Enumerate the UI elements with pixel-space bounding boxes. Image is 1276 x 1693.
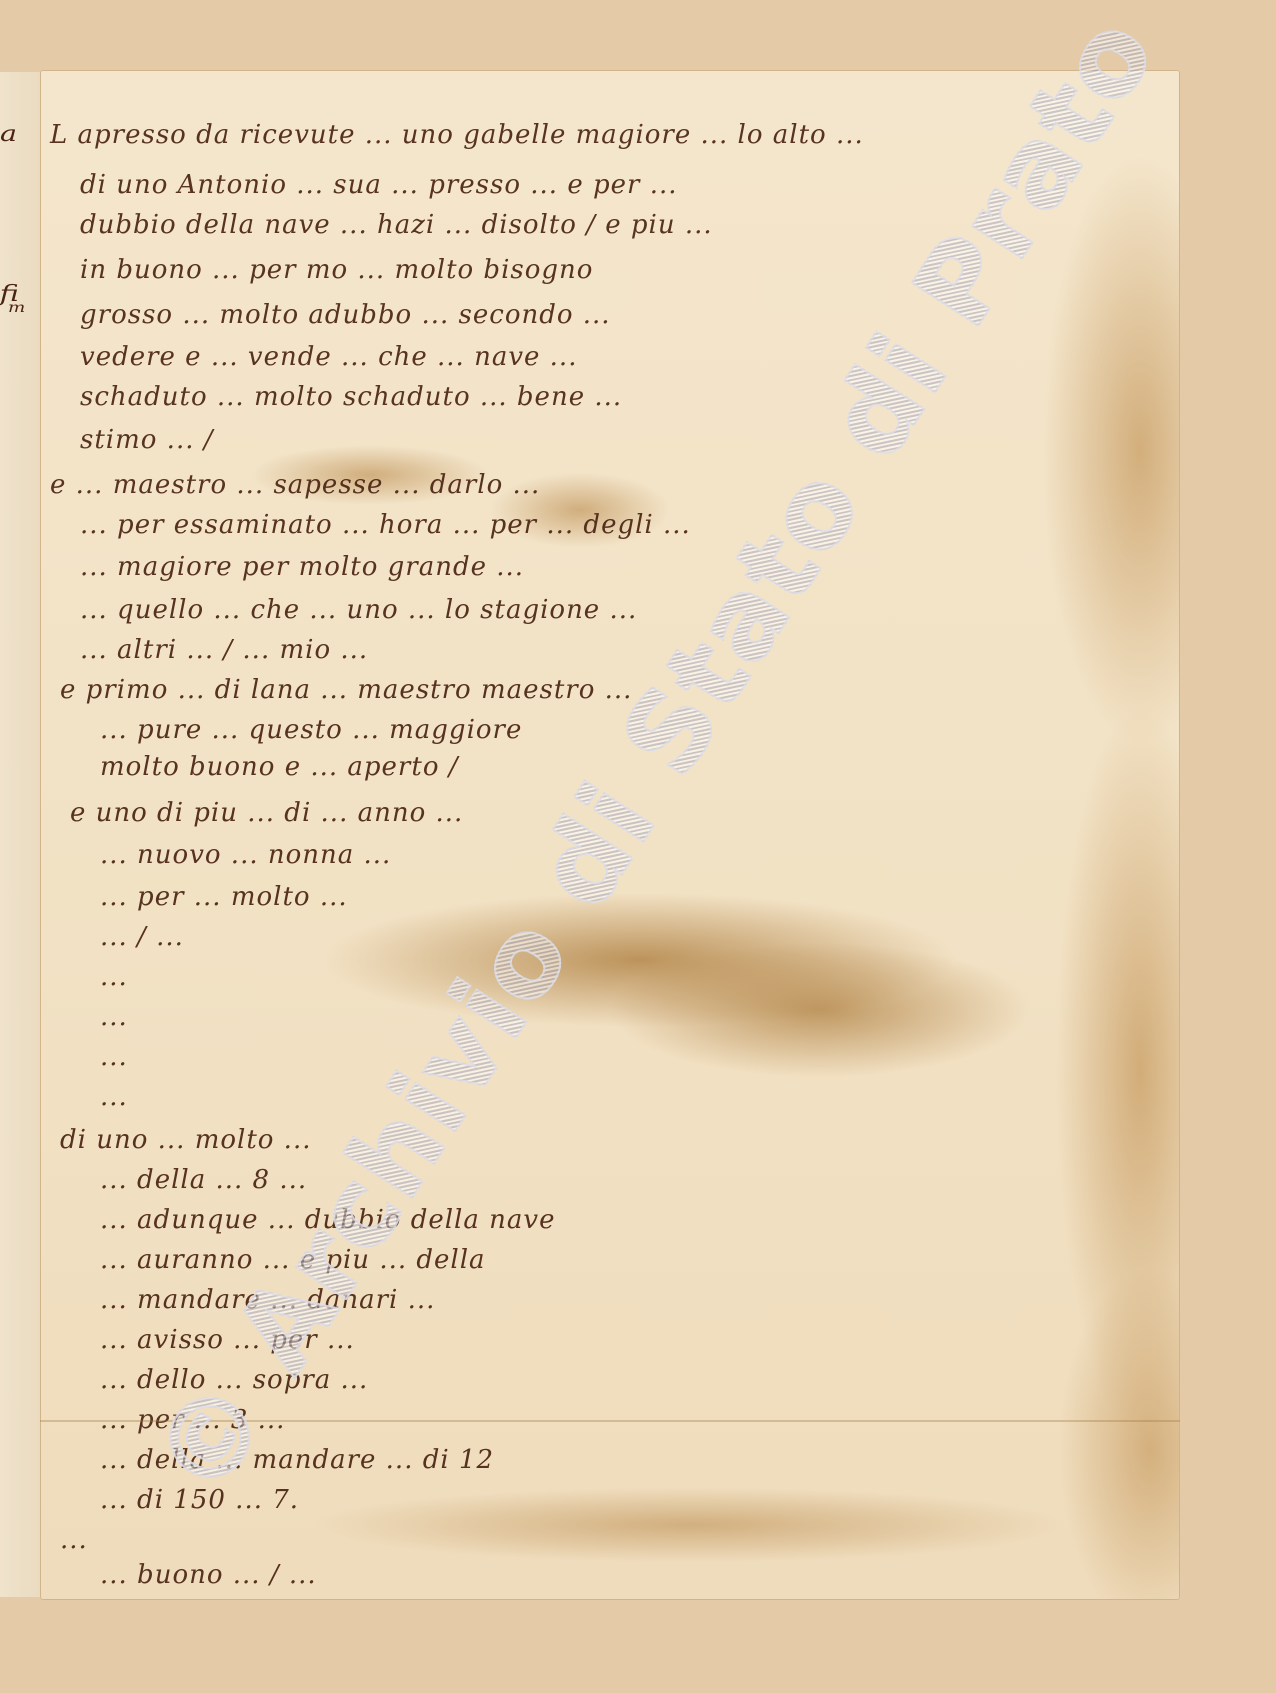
manuscript-line: ... (60, 1525, 88, 1555)
manuscript-line: schaduto ... molto schaduto ... bene ... (80, 382, 622, 412)
manuscript-line: di uno Antonio ... sua ... presso ... e … (80, 170, 678, 200)
manuscript-line: e uno di piu ... di ... anno ... (70, 798, 463, 828)
manuscript-line: ... della ... 8 ... (100, 1165, 307, 1195)
manuscript-line: di uno ... molto ... (60, 1125, 311, 1155)
manuscript-line: ... buono ... / ... (100, 1560, 317, 1590)
manuscript-line: ... per ... molto ... (100, 882, 348, 912)
manuscript-line: ... / ... (100, 922, 184, 952)
manuscript-line: ... quello ... che ... uno ... lo stagio… (80, 595, 637, 625)
manuscript-line: molto buono e ... aperto / (100, 752, 459, 782)
manuscript-line: ... (100, 1082, 128, 1112)
manuscript-line: stimo ... / (80, 425, 214, 455)
manuscript-line: ... (100, 1002, 128, 1032)
manuscript-line: ... magiore per molto grande ... (80, 552, 524, 582)
facing-page-mark: a (0, 122, 17, 147)
manuscript-line: e primo ... di lana ... maestro maestro … (60, 675, 632, 705)
manuscript-line: dubbio della nave ... hazi ... disolto /… (80, 210, 713, 240)
manuscript-line: grosso ... molto adubbo ... secondo ... (80, 300, 611, 330)
facing-page-edge: a fi m (0, 72, 42, 1597)
manuscript-line: ... pure ... questo ... maggiore (100, 715, 522, 745)
manuscript-line: ... (100, 1042, 128, 1072)
manuscript-line: ... nuovo ... nonna ... (100, 840, 391, 870)
manuscript-line: L apresso da ricevute ... uno gabelle ma… (50, 120, 864, 150)
manuscript-line: in buono ... per mo ... molto bisogno (80, 255, 593, 285)
manuscript-line: e ... maestro ... sapesse ... darlo ... (50, 470, 540, 500)
manuscript-line: ... altri ... / ... mio ... (80, 635, 368, 665)
manuscript-line: ... (100, 962, 128, 992)
manuscript-line: vedere e ... vende ... che ... nave ... (80, 342, 577, 372)
manuscript-line: ... per essaminato ... hora ... per ... … (80, 510, 691, 540)
facing-page-mark: m (8, 300, 25, 316)
